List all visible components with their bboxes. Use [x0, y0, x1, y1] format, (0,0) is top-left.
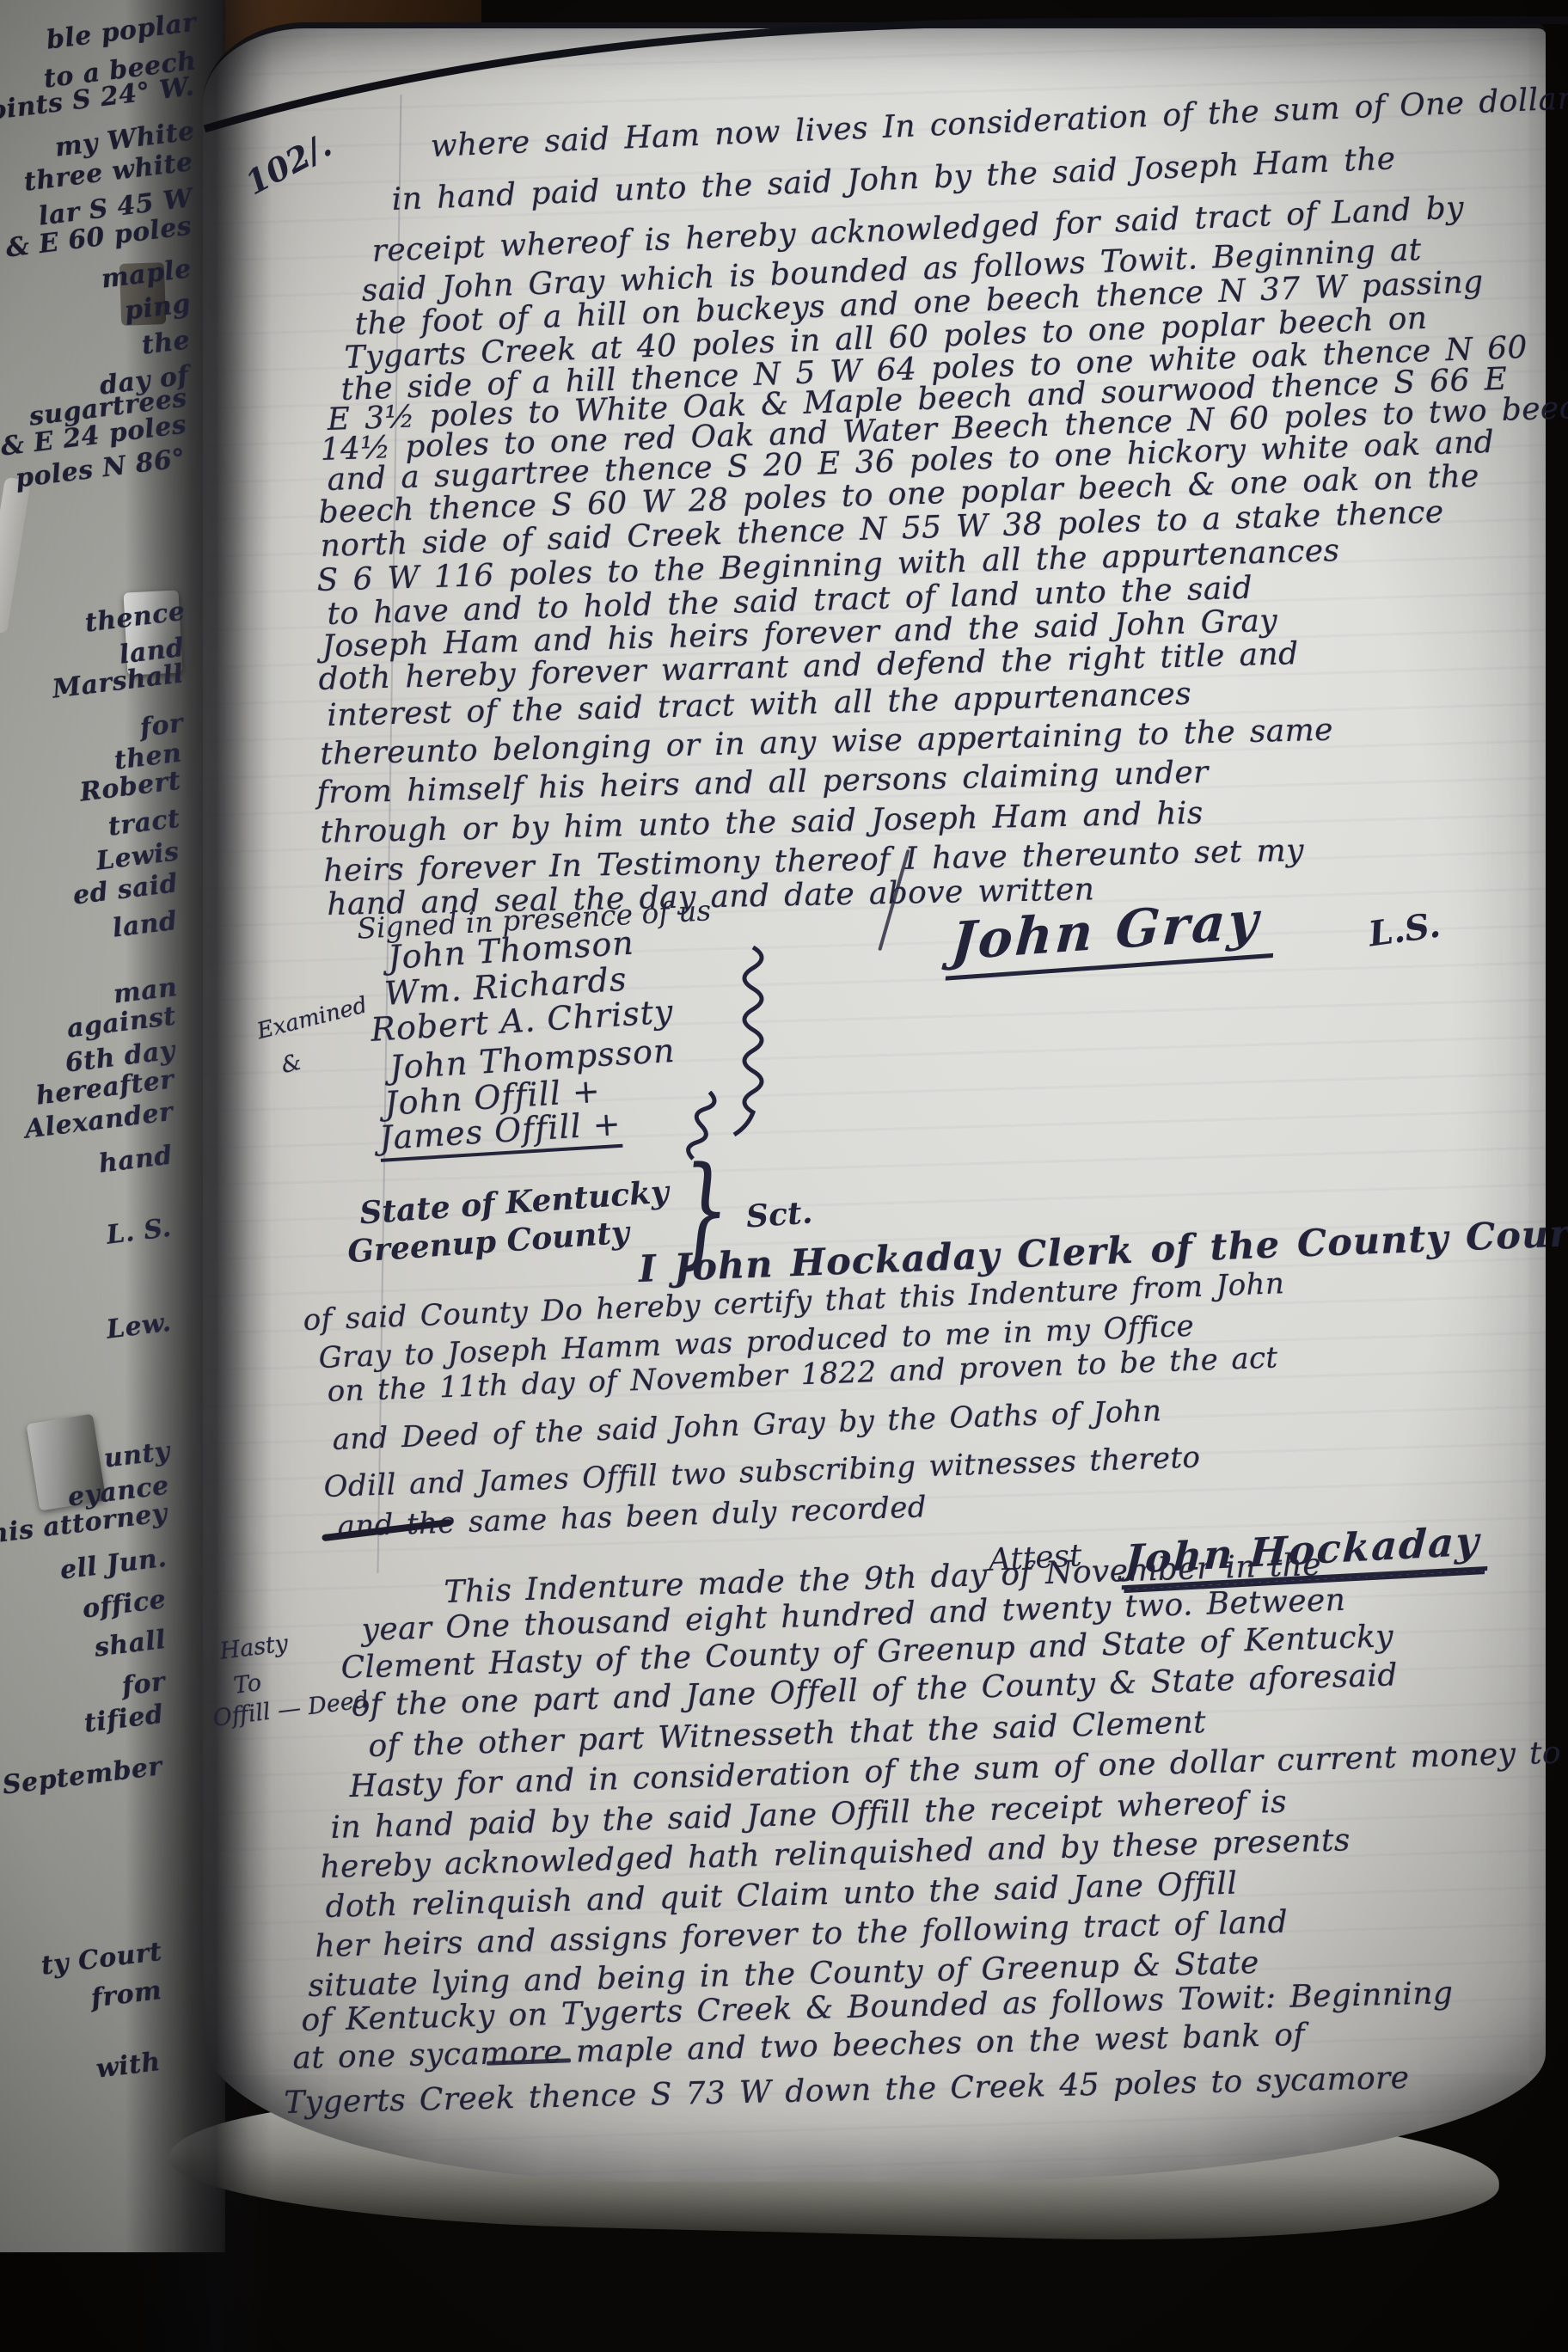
book-photo: ble poplarto a beechpoints S 24° W.my Wh…	[0, 0, 1568, 2352]
deed2-body: This Indenture made the 9th day of Novem…	[0, 0, 1568, 2352]
